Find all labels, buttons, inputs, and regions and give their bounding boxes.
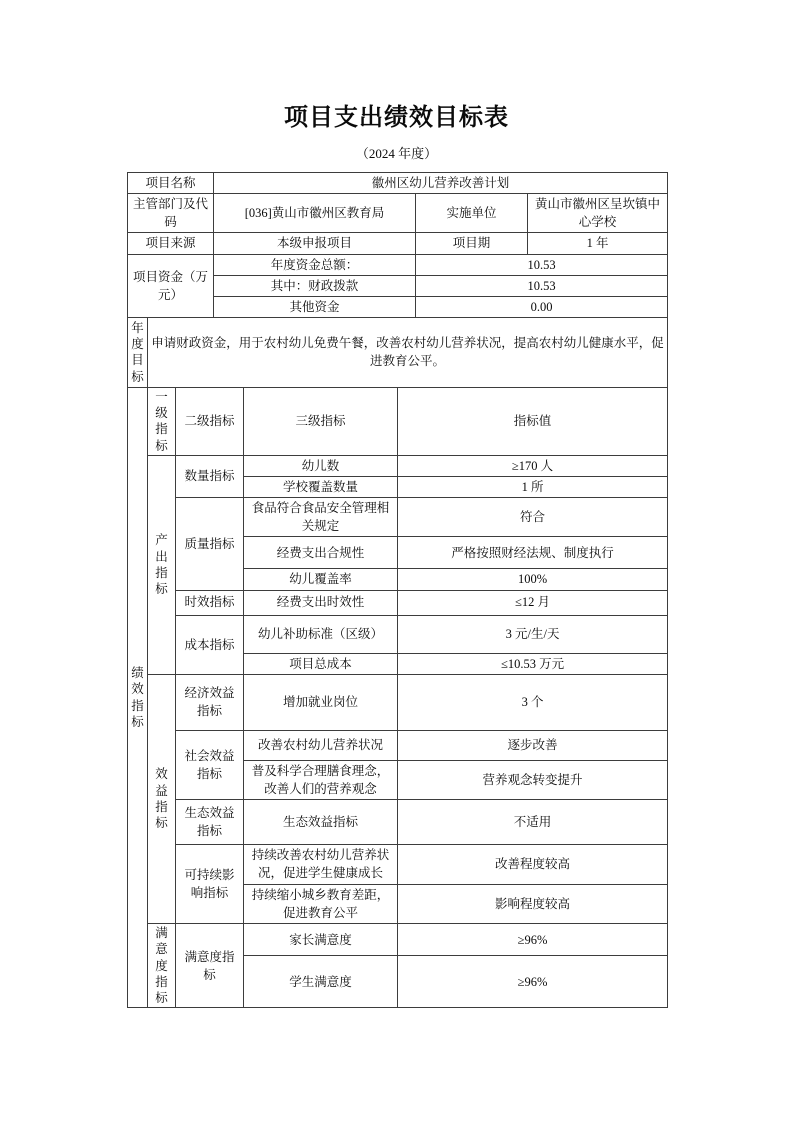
project-name-value: 徽州区幼儿营养改善计划	[214, 173, 668, 194]
value-cell: 1 所	[398, 477, 668, 498]
level1-benefit: 效益指标	[148, 674, 176, 924]
header-level1-text: 一级指标	[155, 389, 168, 454]
level2-satisfaction: 满意度指标	[176, 924, 244, 1008]
value-cell: ≥170 人	[398, 455, 668, 476]
dept-value: [036]黄山市徽州区教育局	[214, 194, 416, 233]
period-label: 项目期	[416, 233, 528, 254]
value-cell: 不适用	[398, 799, 668, 844]
header-level2: 二级指标	[176, 387, 244, 455]
value-cell: ≥96%	[398, 924, 668, 956]
table-row: 主管部门及代码 [036]黄山市徽州区教育局 实施单位 黄山市徽州区呈坎镇中心学…	[128, 194, 668, 233]
level3-cell: 增加就业岗位	[244, 674, 398, 730]
level3-cell: 普及科学合理膳食理念，改善人们的营养观念	[244, 760, 398, 799]
table-row: 生态效益指标 生态效益指标 不适用	[128, 799, 668, 844]
table-row: 产出指标 数量指标 幼儿数 ≥170 人	[128, 455, 668, 476]
impl-unit-value: 黄山市徽州区呈坎镇中心学校	[528, 194, 668, 233]
level2-quantity: 数量指标	[176, 455, 244, 497]
value-cell: 改善程度较高	[398, 844, 668, 884]
level3-cell: 项目总成本	[244, 653, 398, 674]
period-value: 1 年	[528, 233, 668, 254]
table-row: 可持续影响指标 持续改善农村幼儿营养状况，促进学生健康成长 改善程度较高	[128, 844, 668, 884]
value-cell: ≤10.53 万元	[398, 653, 668, 674]
funds-other-label: 其他资金	[214, 296, 416, 317]
value-cell: 严格按照财经法规、制度执行	[398, 537, 668, 569]
level3-cell: 家长满意度	[244, 924, 398, 956]
funds-fiscal-label: 其中：财政拨款	[214, 275, 416, 296]
value-cell: 100%	[398, 569, 668, 590]
level2-quality: 质量指标	[176, 498, 244, 590]
level1-output-text: 产出指标	[155, 532, 168, 597]
impl-unit-label: 实施单位	[416, 194, 528, 233]
document-page: 项目支出绩效目标表 （2024 年度） 项目名称 徽州区幼儿营养改善计划 主管部…	[0, 0, 793, 1122]
level3-cell: 生态效益指标	[244, 799, 398, 844]
perf-section-label-text: 绩效指标	[131, 665, 144, 730]
header-value: 指标值	[398, 387, 668, 455]
table-row: 项目来源 本级申报项目 项目期 1 年	[128, 233, 668, 254]
performance-target-table: 项目名称 徽州区幼儿营养改善计划 主管部门及代码 [036]黄山市徽州区教育局 …	[127, 172, 668, 1008]
level1-output: 产出指标	[148, 455, 176, 674]
page-title: 项目支出绩效目标表	[0, 0, 793, 132]
level2-ecological: 生态效益指标	[176, 799, 244, 844]
level2-social: 社会效益指标	[176, 730, 244, 799]
level1-satisfaction-text: 满意度指标	[155, 925, 168, 1006]
funds-label: 项目资金（万元）	[128, 254, 214, 317]
header-level3: 三级指标	[244, 387, 398, 455]
annual-goal-text: 申请财政资金，用于农村幼儿免费午餐，改善农村幼儿营养状况，提高农村幼儿健康水平，…	[148, 317, 668, 387]
table-row: 质量指标 食品符合食品安全管理相关规定 符合	[128, 498, 668, 537]
level3-cell: 经费支出时效性	[244, 590, 398, 615]
level3-cell: 幼儿补助标准（区级）	[244, 615, 398, 653]
table-row: 效益指标 经济效益指标 增加就业岗位 3 个	[128, 674, 668, 730]
level3-cell: 持续改善农村幼儿营养状况，促进学生健康成长	[244, 844, 398, 884]
funds-total-value: 10.53	[416, 254, 668, 275]
source-label: 项目来源	[128, 233, 214, 254]
table-row: 成本指标 幼儿补助标准（区级） 3 元/生/天	[128, 615, 668, 653]
value-cell: 逐步改善	[398, 730, 668, 760]
header-level1: 一级指标	[148, 387, 176, 455]
level3-cell: 持续缩小城乡教育差距，促进教育公平	[244, 884, 398, 923]
annual-goal-label: 年度目标	[128, 317, 148, 387]
table-row: 年度目标 申请财政资金，用于农村幼儿免费午餐，改善农村幼儿营养状况，提高农村幼儿…	[128, 317, 668, 387]
level3-cell: 经费支出合规性	[244, 537, 398, 569]
level2-economic: 经济效益指标	[176, 674, 244, 730]
value-cell: 3 元/生/天	[398, 615, 668, 653]
value-cell: 营养观念转变提升	[398, 760, 668, 799]
level1-benefit-text: 效益指标	[155, 766, 168, 831]
source-value: 本级申报项目	[214, 233, 416, 254]
table-row: 项目名称 徽州区幼儿营养改善计划	[128, 173, 668, 194]
level2-timeliness: 时效指标	[176, 590, 244, 615]
table-row: 满意度指标 满意度指标 家长满意度 ≥96%	[128, 924, 668, 956]
level3-cell: 幼儿覆盖率	[244, 569, 398, 590]
dept-label: 主管部门及代码	[128, 194, 214, 233]
level3-cell: 幼儿数	[244, 455, 398, 476]
value-cell: 符合	[398, 498, 668, 537]
level2-sustainable: 可持续影响指标	[176, 844, 244, 923]
value-cell: 影响程度较高	[398, 884, 668, 923]
level2-cost: 成本指标	[176, 615, 244, 674]
funds-other-value: 0.00	[416, 296, 668, 317]
table-row: 项目资金（万元） 年度资金总额： 10.53	[128, 254, 668, 275]
table-row: 社会效益指标 改善农村幼儿营养状况 逐步改善	[128, 730, 668, 760]
perf-section-label: 绩效指标	[128, 387, 148, 1008]
level3-cell: 改善农村幼儿营养状况	[244, 730, 398, 760]
level3-cell: 食品符合食品安全管理相关规定	[244, 498, 398, 537]
table-row: 绩效指标 一级指标 二级指标 三级指标 指标值	[128, 387, 668, 455]
value-cell: 3 个	[398, 674, 668, 730]
funds-fiscal-value: 10.53	[416, 275, 668, 296]
level3-cell: 学校覆盖数量	[244, 477, 398, 498]
page-subtitle: （2024 年度）	[0, 143, 793, 162]
funds-total-label: 年度资金总额：	[214, 254, 416, 275]
annual-goal-label-text: 年度目标	[131, 320, 144, 385]
value-cell: ≤12 月	[398, 590, 668, 615]
table-row: 时效指标 经费支出时效性 ≤12 月	[128, 590, 668, 615]
level3-cell: 学生满意度	[244, 956, 398, 1008]
value-cell: ≥96%	[398, 956, 668, 1008]
level1-satisfaction: 满意度指标	[148, 924, 176, 1008]
project-name-label: 项目名称	[128, 173, 214, 194]
